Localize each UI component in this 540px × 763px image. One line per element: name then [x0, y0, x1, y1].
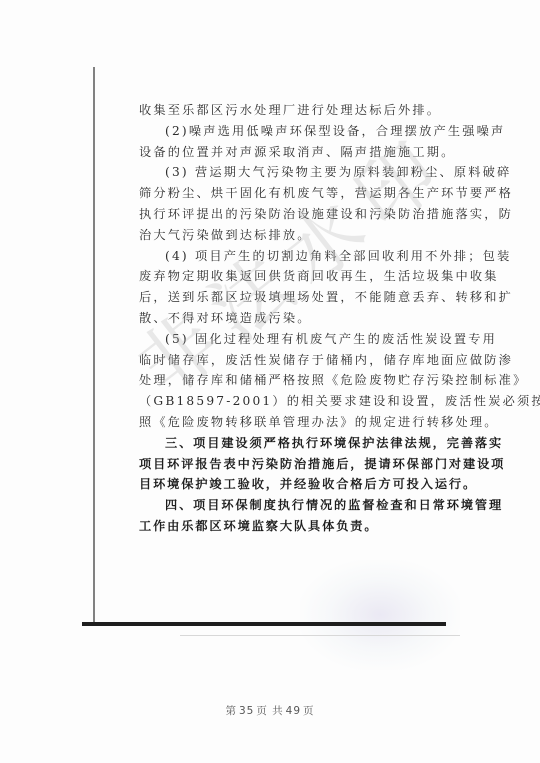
bottom-rule	[82, 622, 446, 626]
text-line: 处理，储存库和储桶严格按照《危险废物贮存污染控制标准》	[139, 370, 407, 391]
text-line: 散、不得对环境造成污染。	[139, 308, 407, 329]
section-heading-line: 四、项目环保制度执行情况的监督检查和日常环境管理	[139, 495, 407, 516]
section-text-line: 目环境保护竣工验收，并经验收合格后方可投入运行。	[139, 474, 407, 495]
section-text-line: 项目环评报告表中污染防治措施后，提请环保部门对建设项	[139, 454, 407, 475]
text-line: 设备的位置并对声源采取消声、隔声措施施工期。	[139, 142, 407, 163]
scan-artifact	[300, 560, 460, 670]
text-line: (2)噪声选用低噪声环保型设备，合理摆放产生强噪声	[139, 121, 407, 142]
footer-suffix: 页	[303, 705, 315, 717]
margin-vertical-rule	[93, 67, 95, 625]
page-number-footer: 第35页 共49页	[0, 703, 540, 718]
section-heading-line: 三、项目建设须严格执行环境保护法律法规，完善落实	[139, 433, 407, 454]
text-line: (4) 项目产生的切割边角料全部回收利用不外排；包装	[139, 246, 407, 267]
bottom-rule-faint	[180, 635, 460, 636]
text-line: (3) 营运期大气污染物主要为原料装卸粉尘、原料破碎	[139, 162, 407, 183]
footer-prefix: 第	[225, 705, 237, 717]
text-line: 治大气污染做到达标排放。	[139, 225, 407, 246]
current-page-number: 35	[239, 705, 254, 717]
text-line: 照《危险废物转移联单管理办法》的规定进行转移处理。	[139, 412, 407, 433]
text-line: （GB18597-2001）的相关要求建设和设置，废活性炭必须按	[139, 391, 407, 412]
text-line: 收集至乐都区污水处理厂进行处理达标后外排。	[139, 100, 407, 121]
text-line: 执行环评提出的污染防治设施建设和污染防治措施落实，防	[139, 204, 407, 225]
text-line: 后，送到乐都区垃圾填埋场处置，不能随意丢弃、转移和扩	[139, 287, 407, 308]
footer-mid: 页 共	[256, 705, 283, 717]
text-line: 临时储存库，废活性炭储存于储桶内，储存库地面应做防渗	[139, 350, 407, 371]
total-page-number: 49	[286, 705, 301, 717]
section-text-line: 工作由乐都区环境监察大队具体负责。	[139, 516, 407, 537]
document-page: 收集至乐都区污水处理厂进行处理达标后外排。 (2)噪声选用低噪声环保型设备，合理…	[0, 0, 540, 763]
text-line: 废弃物定期收集返回供货商回收再生，生活垃圾集中收集	[139, 266, 407, 287]
document-body: 收集至乐都区污水处理厂进行处理达标后外排。 (2)噪声选用低噪声环保型设备，合理…	[139, 100, 407, 537]
text-line: (5) 固化过程处理有机废气产生的废活性炭设置专用	[139, 329, 407, 350]
text-line: 筛分粉尘、烘干固化有机废气等，营运期各生产环节要严格	[139, 183, 407, 204]
